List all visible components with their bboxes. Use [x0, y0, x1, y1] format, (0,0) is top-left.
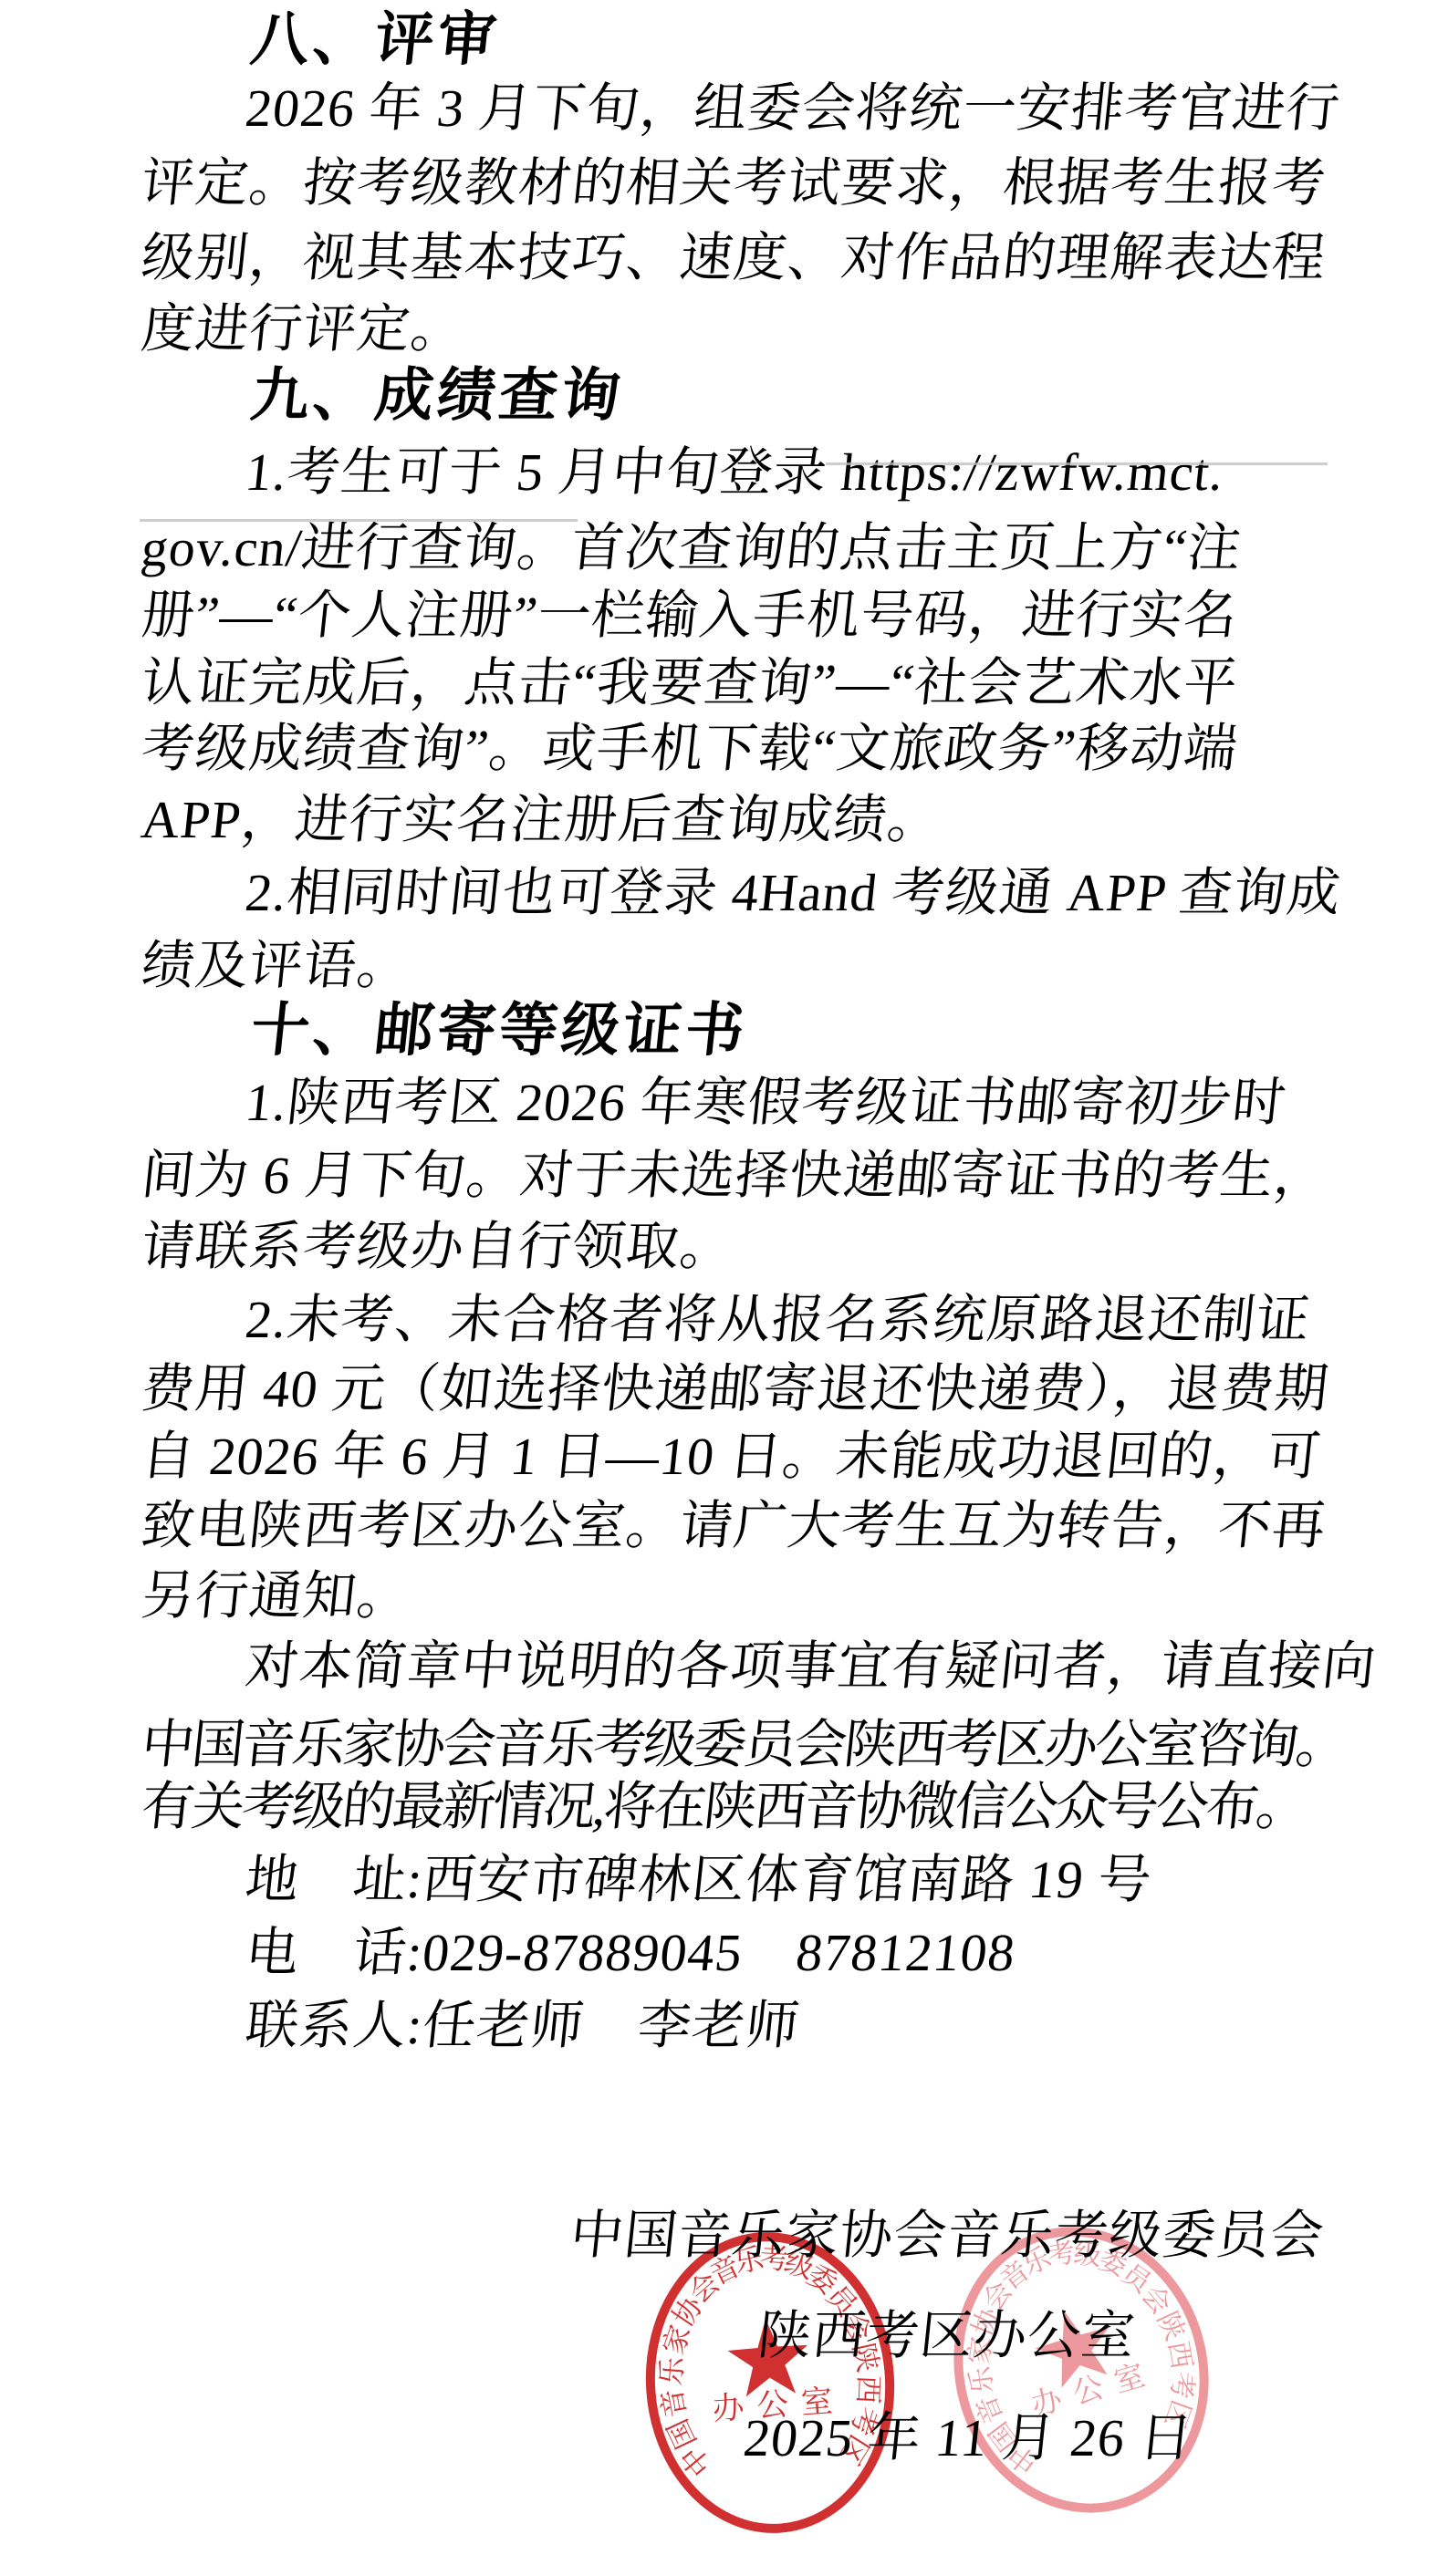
svg-text:家: 家	[657, 2322, 696, 2359]
paragraph-line: 另行通知。	[139, 1568, 414, 1625]
paragraph-line: 2026 年 3 月下旬，组委会将统一安排考官进行	[243, 80, 1343, 137]
svg-text:西: 西	[1162, 2339, 1197, 2371]
paragraph-line: 致电陕西考区办公室。请广大考生互为转告，不再	[139, 1498, 1329, 1554]
svg-text:会: 会	[1136, 2280, 1177, 2321]
paragraph-line: 级别，视其基本技巧、速度、对作品的理解表达程	[139, 230, 1329, 286]
paragraph-line: 评定。按考级教材的相关考试要求，根据考生报考	[139, 155, 1329, 212]
paragraph-line: 册”—“个人注册”一栏输入手机号码，进行实名	[139, 587, 1241, 644]
section-8-heading: 八、评审	[248, 11, 503, 68]
paragraph-line: 间为 6 月下旬。对于未选择快递邮寄证书的考生，	[139, 1148, 1331, 1204]
contact-phone-line: 电 话:029-87889045 87812108	[243, 1925, 1018, 1981]
document-page: 八、评审 2026 年 3 月下旬，组委会将统一安排考官进行 评定。按考级教材的…	[0, 0, 1448, 2576]
scan-artifact-line	[140, 519, 578, 522]
paragraph-line: 1.考生可于 5 月中旬登录 https://zwfw.mct.	[243, 444, 1227, 501]
signature-date-line: 2025 年 11 月 26 日	[741, 2410, 1196, 2467]
paragraph-line: 度进行评定。	[139, 301, 468, 358]
paragraph-line: 自 2026 年 6 月 1 日—10 日。未能成功退回的，可	[139, 1428, 1324, 1485]
section-9-heading: 九、成绩查询	[248, 367, 627, 423]
seals-layer: 中国音乐家协会音乐考级委员会陕西考区办公室 中国音乐家协会音乐考级委员会陕西考区…	[0, 0, 1448, 2576]
svg-text:乐: 乐	[965, 2363, 999, 2395]
signature-office-line: 陕西考区办公室	[755, 2308, 1139, 2364]
paragraph-line: gov.cn/进行查询。首次查询的点击主页上方“注	[139, 520, 1245, 576]
paragraph-line: 考级成绩查询”。或手机下载“文旅政务”移动端	[139, 721, 1241, 777]
paragraph-line: 认证完成后，点击“我要查询”—“社会艺术水平	[139, 655, 1241, 712]
svg-text:考: 考	[1165, 2370, 1198, 2400]
section-10-heading: 十、邮寄等级证书	[248, 1002, 751, 1058]
paragraph-line: 绩及评语。	[139, 938, 414, 994]
contact-person-line: 联系人:任老师 李老师	[243, 1998, 803, 2054]
svg-text:会: 会	[683, 2267, 726, 2310]
official-seal: 中国音乐家协会音乐考级委员会陕西考区办公室	[641, 2228, 900, 2536]
contact-address-line: 地 址:西安市碑林区体育馆南路 19 号	[243, 1852, 1155, 1908]
svg-text:西: 西	[851, 2374, 884, 2405]
paragraph-line: 2.未考、未合格者将从报名系统原路退还制证	[243, 1292, 1313, 1348]
paragraph-line: 中国音乐家协会音乐考级委员会陕西考区办公室咨询。	[139, 1717, 1349, 1773]
signature-org-line: 中国音乐家协会音乐考级委员会	[568, 2207, 1328, 2264]
svg-text:音: 音	[656, 2386, 693, 2420]
svg-text:乐: 乐	[655, 2355, 689, 2387]
svg-text:协: 协	[667, 2290, 710, 2332]
paragraph-line: 有关考级的最新情况,将在陕西音协微信公众号公布。	[139, 1779, 1309, 1835]
paragraph-line: 费用 40 元（如选择快递邮寄退还快递费），退费期	[139, 1361, 1332, 1418]
svg-text:国: 国	[661, 2414, 703, 2453]
svg-text:中: 中	[675, 2440, 718, 2483]
scan-artifact-line	[826, 462, 1328, 465]
svg-text:陕: 陕	[1151, 2308, 1190, 2345]
paragraph-line: 2.相同时间也可登录 4Hand 考级通 APP 查询成	[243, 865, 1344, 921]
paragraph-line: 1.陕西考区 2026 年寒假考级证书邮寄初步时	[243, 1075, 1289, 1131]
paragraph-line: 请联系考级办自行领取。	[139, 1219, 737, 1275]
paragraph-line: APP，进行实名注册后查询成绩。	[139, 792, 944, 848]
paragraph-line: 对本简章中说明的各项事宜有疑问者，请直接向	[243, 1638, 1380, 1695]
